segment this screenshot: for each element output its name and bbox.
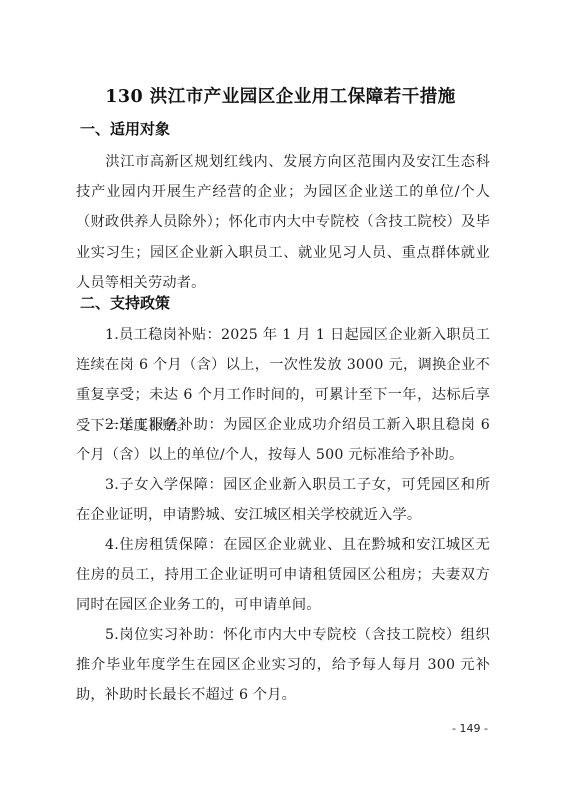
paragraph-policy-3: 3.子女入学保障：园区企业新入职员工子女，可凭园区和所在企业证明，申请黔城、安江… (76, 470, 490, 530)
document-page: 130 洪江市产业园区企业用工保障若干措施 一、适用对象 洪江市高新区规划红线内… (0, 0, 561, 793)
paragraph-text: 5.岗位实习补助：怀化市内大中专院校（含技工院校）组织推介毕业年度学生在园区企业… (76, 627, 490, 703)
paragraph-text: 2.送工服务补助：为园区企业成功介绍员工新入职且稳岗 6 个月（含）以上的单位/… (76, 417, 490, 463)
paragraph-text: 洪江市高新区规划红线内、发展方向区范围内及安江生态科技产业园内开展生产经营的企业… (76, 154, 490, 291)
paragraph-text: 4.住房租赁保障：在园区企业就业、且在黔城和安江城区无住房的员工，持用工企业证明… (76, 537, 490, 613)
paragraph-text: 3.子女入学保障：园区企业新入职员工子女，可凭园区和所在企业证明，申请黔城、安江… (76, 477, 490, 523)
paragraph-policy-4: 4.住房租赁保障：在园区企业就业、且在黔城和安江城区无住房的员工，持用工企业证明… (76, 530, 490, 621)
paragraph-policy-5: 5.岗位实习补助：怀化市内大中专院校（含技工院校）组织推介毕业年度学生在园区企业… (76, 620, 490, 711)
page-number: - 149 - (452, 722, 488, 735)
section-heading-scope: 一、适用对象 (80, 118, 170, 139)
section-heading-policies: 二、支持政策 (80, 292, 170, 313)
paragraph-scope: 洪江市高新区规划红线内、发展方向区范围内及安江生态科技产业园内开展生产经营的企业… (76, 147, 490, 298)
document-title: 130 洪江市产业园区企业用工保障若干措施 (0, 83, 561, 108)
paragraph-policy-2: 2.送工服务补助：为园区企业成功介绍员工新入职且稳岗 6 个月（含）以上的单位/… (76, 410, 490, 470)
